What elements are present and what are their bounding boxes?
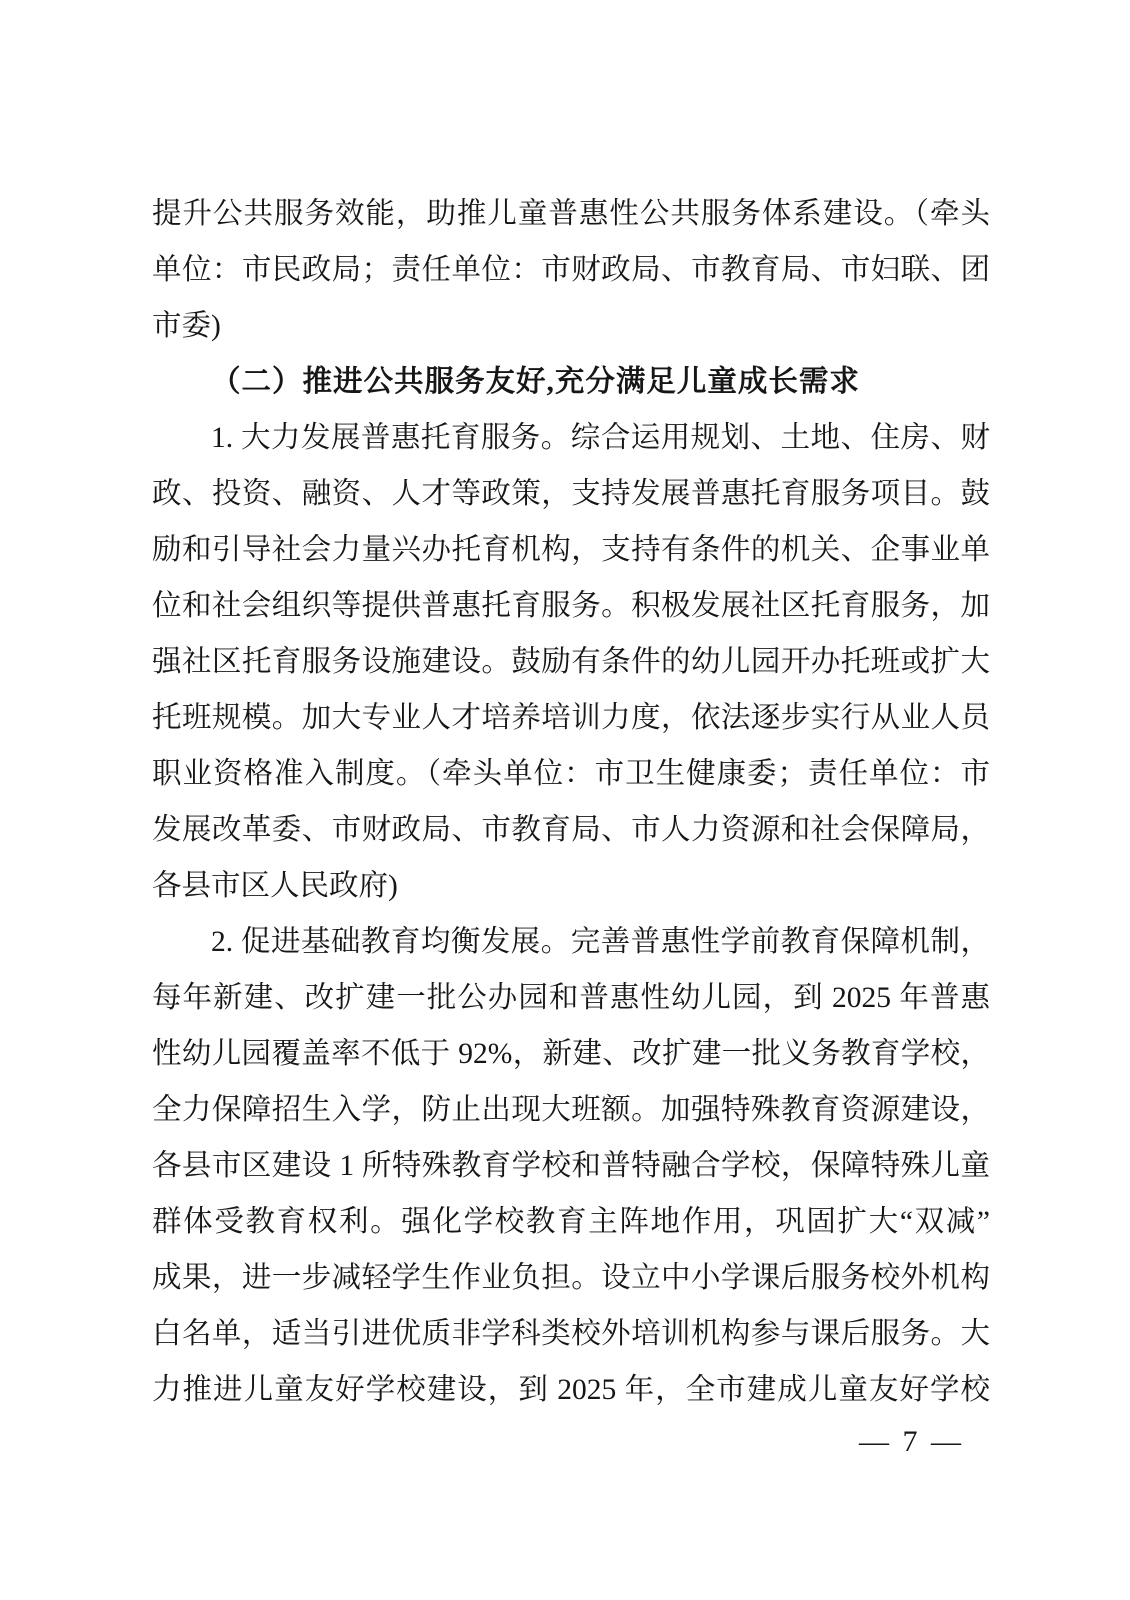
text-line: 托班规模。加大专业人才培养培训力度，依法逐步实行从业人员 — [152, 690, 990, 746]
text-line: 提升公共服务效能，助推儿童普惠性公共服务体系建设。（牵头 — [152, 186, 990, 242]
text-line: 单位：市民政局；责任单位：市财政局、市教育局、市妇联、团 — [152, 242, 990, 298]
text-line: 性幼儿园覆盖率不低于 92%，新建、改扩建一批义务教育学校， — [152, 1026, 990, 1082]
text-line: 每年新建、改扩建一批公办园和普惠性幼儿园，到 2025 年普惠 — [152, 970, 990, 1026]
text-line: 成果，进一步减轻学生作业负担。设立中小学课后服务校外机构 — [152, 1250, 990, 1306]
text-line: 群体受教育权利。强化学校教育主阵地作用，巩固扩大“双减” — [152, 1194, 990, 1250]
text-line: 位和社会组织等提供普惠托育服务。积极发展社区托育服务，加 — [152, 578, 990, 634]
text-line: 白名单，适当引进优质非学科类校外培训机构参与课后服务。大 — [152, 1306, 990, 1362]
text-line: 职业资格准入制度。（牵头单位：市卫生健康委；责任单位：市 — [152, 746, 990, 802]
text-line: 力推进儿童友好学校建设，到 2025 年，全市建成儿童友好学校 — [152, 1362, 990, 1418]
text-line: 2. 促进基础教育均衡发展。完善普惠性学前教育保障机制， — [152, 914, 990, 970]
text-line: 励和引导社会力量兴办托育机构，支持有条件的机关、企事业单 — [152, 522, 990, 578]
text-line: 各县市区人民政府) — [152, 858, 990, 914]
page-number: — 7 — — [859, 1424, 964, 1460]
text-line: 强社区托育服务设施建设。鼓励有条件的幼儿园开办托班或扩大 — [152, 634, 990, 690]
document-body: 提升公共服务效能，助推儿童普惠性公共服务体系建设。（牵头 单位：市民政局；责任单… — [152, 186, 990, 1418]
section-heading: （二）推进公共服务友好,充分满足儿童成长需求 — [152, 354, 990, 410]
text-line: 市委) — [152, 298, 990, 354]
text-line: 发展改革委、市财政局、市教育局、市人力资源和社会保障局， — [152, 802, 990, 858]
text-line: 1. 大力发展普惠托育服务。综合运用规划、土地、住房、财 — [152, 410, 990, 466]
document-page: 提升公共服务效能，助推儿童普惠性公共服务体系建设。（牵头 单位：市民政局；责任单… — [0, 0, 1130, 1600]
text-line: 全力保障招生入学，防止出现大班额。加强特殊教育资源建设， — [152, 1082, 990, 1138]
text-line: 各县市区建设 1 所特殊教育学校和普特融合学校，保障特殊儿童 — [152, 1138, 990, 1194]
text-line: 政、投资、融资、人才等政策，支持发展普惠托育服务项目。鼓 — [152, 466, 990, 522]
